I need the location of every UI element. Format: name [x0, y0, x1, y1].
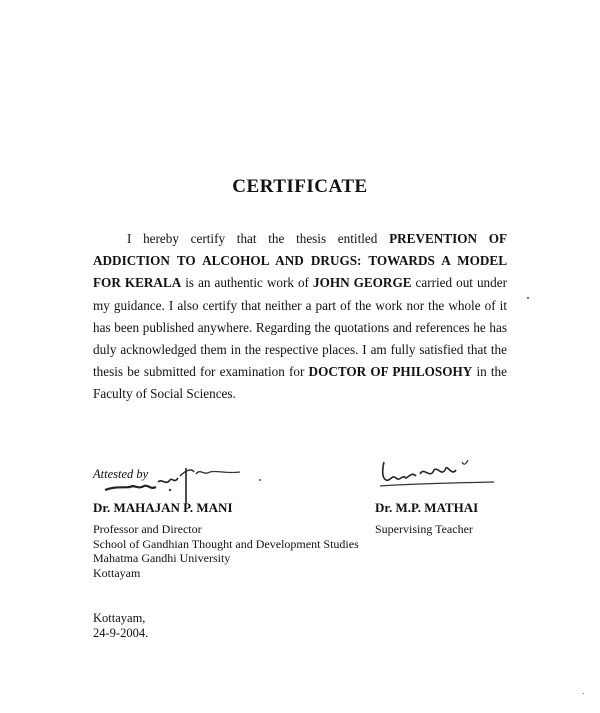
certificate-title: CERTIFICATE	[0, 176, 600, 198]
certificate-body: I hereby certify that the thesis entitle…	[93, 228, 507, 406]
supervisor-name: Dr. M.P. MATHAI	[375, 500, 478, 516]
supervisor-signature-icon	[376, 456, 506, 496]
director-title: Professor and Director	[93, 522, 359, 537]
director-name: Dr. MAHAJAN P. MANI	[93, 500, 233, 516]
body-text-part-1: I hereby certify that the thesis entitle…	[127, 231, 389, 246]
scan-speck	[583, 693, 584, 694]
place-date: Kottayam, 24-9-2004.	[93, 611, 148, 641]
place: Kottayam,	[93, 611, 148, 626]
director-school: School of Gandhian Thought and Developme…	[93, 537, 359, 552]
scan-speck	[527, 297, 529, 299]
date: 24-9-2004.	[93, 626, 148, 641]
author-name: JOHN GEORGE	[313, 275, 412, 290]
director-city: Kottayam	[93, 566, 359, 581]
degree-name: DOCTOR OF PHILOSOHY	[309, 364, 473, 379]
director-university: Mahatma Gandhi University	[93, 551, 359, 566]
body-text-part-2: is an authentic work of	[181, 275, 313, 290]
supervisor-role: Supervising Teacher	[375, 522, 473, 537]
director-address: Professor and Director School of Gandhia…	[93, 522, 359, 580]
